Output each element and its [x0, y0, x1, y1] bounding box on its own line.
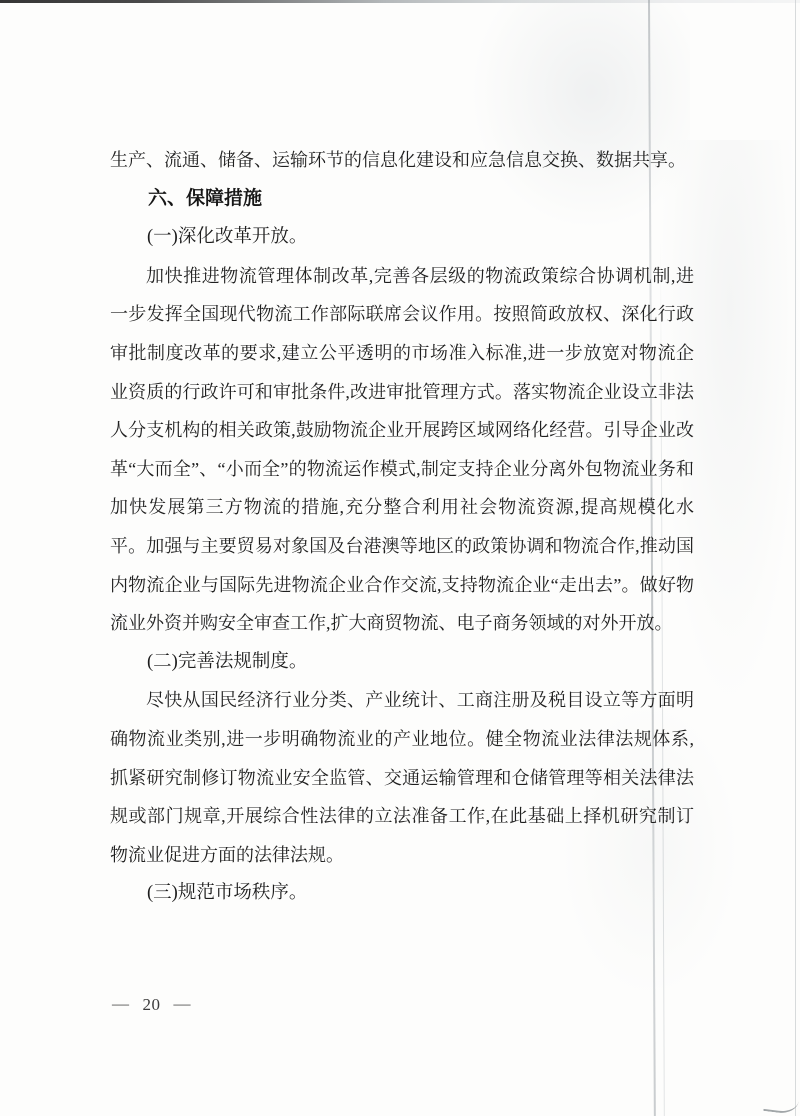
page-corner-curl: [763, 1097, 798, 1115]
page-number-dash: —: [112, 994, 130, 1014]
paragraph-continuation: 生产、流通、储备、运输环节的信息化建设和应急信息交换、数据共享。: [110, 141, 694, 180]
subsection-heading-3: (三)规范市场秩序。: [110, 874, 694, 913]
document-body: 生产、流通、储备、运输环节的信息化建设和应急信息交换、数据共享。 六、保障措施 …: [110, 141, 694, 913]
body-paragraph-1: 加快推进物流管理体制改革,完善各层级的物流政策综合协调机制,进一步发挥全国现代物…: [110, 257, 694, 643]
page-right-edge: [795, 0, 796, 1116]
subsection-heading-2: (二)完善法规制度。: [110, 643, 694, 682]
scan-edge-artifact: [0, 0, 800, 3]
page-number-value: 20: [143, 995, 161, 1015]
page-number-dash: —: [174, 994, 192, 1014]
page-number: — 20 —: [112, 995, 191, 1015]
scanned-document-page: 生产、流通、储备、运输环节的信息化建设和应急信息交换、数据共享。 六、保障措施 …: [0, 0, 800, 1116]
section-heading: 六、保障措施: [110, 180, 694, 219]
body-paragraph-2: 尽快从国民经济行业分类、产业统计、工商注册及税目设立等方面明确物流业类别,进一步…: [110, 681, 694, 874]
subsection-heading-1: (一)深化改革开放。: [110, 218, 694, 257]
